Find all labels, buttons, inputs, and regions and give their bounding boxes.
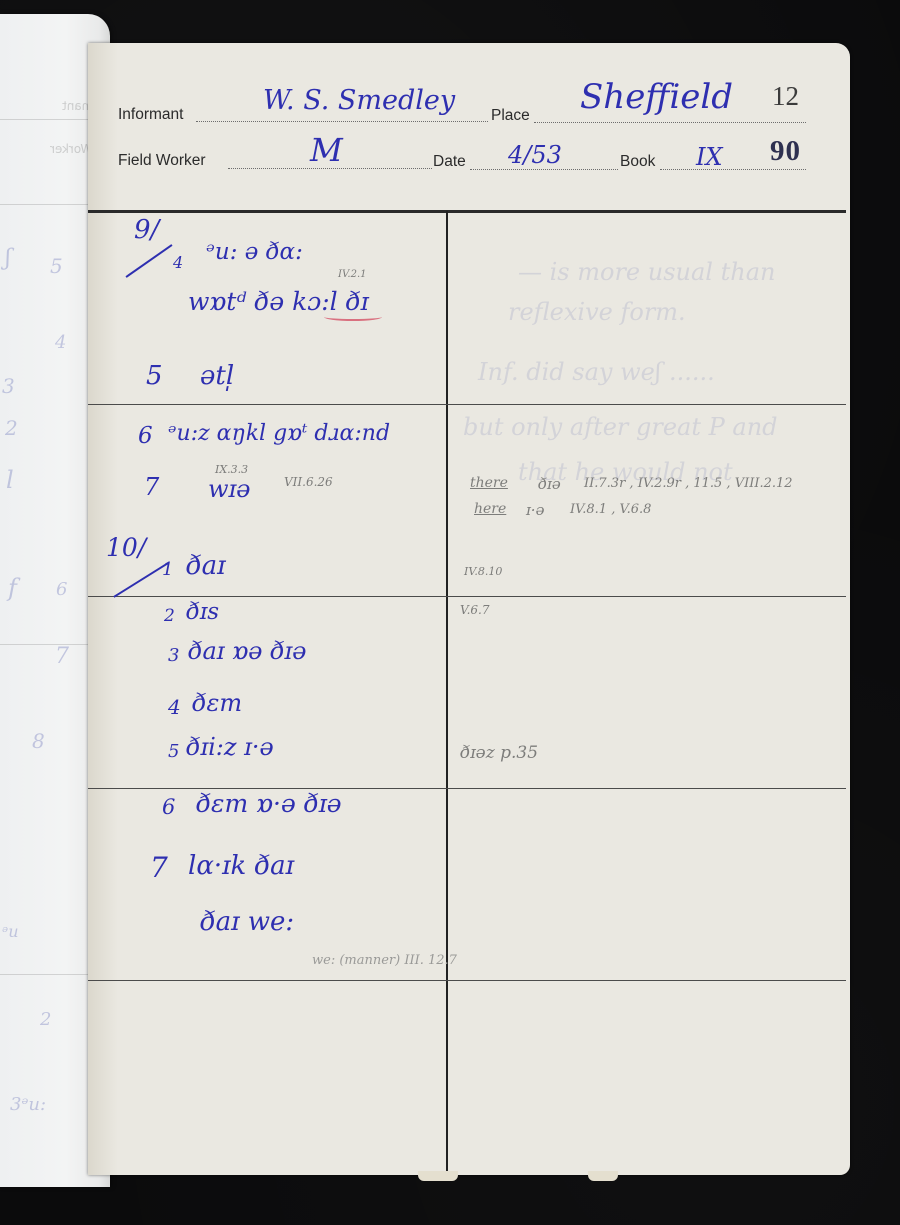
entry-text: ətl̩ bbox=[200, 361, 234, 391]
entry-number: 4 bbox=[168, 695, 181, 719]
show-through-text: Inf. did say weʃ ...... bbox=[478, 358, 715, 386]
prev-page-ghost: 2 bbox=[40, 1009, 51, 1030]
informant-value: W. S. Smedley bbox=[263, 85, 455, 116]
entry-text: ᵊu:z ɑŋkl gɒᵗ dɹɑ:nd bbox=[168, 421, 390, 446]
record-card: — is more usual than reflexive form. Inf… bbox=[88, 43, 850, 1175]
entry-number: 5 bbox=[168, 741, 179, 762]
row-rule bbox=[88, 404, 846, 405]
place-label: Place bbox=[491, 107, 530, 125]
note-reference-10-1: IV.8.10 bbox=[464, 565, 502, 578]
entry-number: 5 bbox=[146, 361, 163, 391]
informant-dotted-line bbox=[196, 121, 488, 122]
book-label: Book bbox=[620, 153, 655, 171]
entry-text: ðɛm ɒ·ə ðɪə bbox=[196, 789, 342, 818]
show-through-text: reflexive form. bbox=[508, 298, 686, 326]
entry-text: ðɛm bbox=[192, 689, 242, 717]
red-underline bbox=[324, 313, 382, 321]
field-worker-label: Field Worker bbox=[118, 152, 206, 170]
entry-text: ðɪi:z ɪ·ə bbox=[186, 733, 274, 761]
prev-page-ghost: ᵊu bbox=[2, 922, 19, 941]
prev-page-ghost: ʃ bbox=[5, 246, 11, 271]
prev-page-ghost: 4 bbox=[55, 332, 66, 353]
entry-text: ðɪs bbox=[186, 599, 219, 625]
informant-label: Informant bbox=[118, 106, 183, 124]
entry-number: 7 bbox=[144, 473, 159, 501]
pencil-reference: VII.6.26 bbox=[284, 475, 333, 489]
locality-number: 12 bbox=[772, 81, 799, 112]
entry-text: ᵊu: ə ðɑ: bbox=[206, 239, 303, 265]
row-rule bbox=[88, 980, 846, 981]
torn-edge bbox=[418, 1171, 458, 1181]
entry-number: 2 bbox=[164, 606, 175, 626]
note-phonetic: ɪ·ə bbox=[526, 501, 544, 519]
entry-number: 6 bbox=[162, 795, 175, 819]
book-dotted-line bbox=[660, 169, 806, 170]
page-number: 90 bbox=[770, 135, 801, 168]
entry-text: ðaɪ bbox=[186, 551, 225, 581]
entry-number: 3 bbox=[168, 645, 179, 666]
prev-page-ghost: 2 bbox=[5, 416, 18, 440]
entry-number: 1 bbox=[162, 559, 173, 580]
prev-page-ghost: 8 bbox=[32, 729, 45, 753]
show-through-text: — is more usual than bbox=[518, 258, 775, 286]
prev-page-ghost: 5 bbox=[50, 254, 63, 278]
prev-page-ghost: 3 bbox=[2, 374, 15, 398]
header-divider bbox=[88, 210, 846, 213]
show-through-text: but only after great P and bbox=[463, 413, 778, 441]
date-label: Date bbox=[433, 153, 466, 171]
note-phonetic: ðɪə bbox=[538, 475, 561, 493]
prev-page-ghost: l bbox=[6, 466, 14, 494]
note-reference-10-2: V.6.7 bbox=[460, 603, 489, 617]
section-marker-10: 10/ bbox=[106, 533, 146, 562]
footnote-reference: we: (manner) III. 12.7 bbox=[312, 953, 457, 968]
entry-text: ðaɪ ɒə ðɪə bbox=[188, 637, 306, 665]
prev-page-ghost: 7 bbox=[55, 644, 69, 669]
column-divider bbox=[446, 211, 448, 1173]
entry-number: 7 bbox=[150, 851, 168, 884]
prev-page-ghost: 3ᵊu: bbox=[10, 1094, 46, 1115]
place-dotted-line bbox=[534, 122, 806, 123]
note-references: II.7.3r , IV.2.9r , 11.5 , VIII.2.12 bbox=[584, 476, 793, 491]
section-slash bbox=[113, 562, 168, 598]
entry-text: lɑ·ɪk ðaɪ bbox=[188, 851, 294, 881]
entry-text: wɪə bbox=[208, 475, 250, 503]
book-value: IX bbox=[696, 143, 723, 171]
date-dotted-line bbox=[470, 169, 618, 170]
note-references: IV.8.1 , V.6.8 bbox=[570, 502, 651, 517]
entry-number: 4 bbox=[173, 253, 183, 272]
note-word-here: here bbox=[474, 501, 506, 517]
card-shadow bbox=[88, 43, 118, 1175]
entry-continuation: ðaɪ we: bbox=[200, 907, 294, 937]
row-rule bbox=[88, 596, 846, 597]
note-word-there: there bbox=[470, 475, 508, 491]
entry-number: 6 bbox=[138, 423, 153, 449]
section-slash bbox=[125, 244, 172, 278]
note-reference-10-5: ðɪəz p.35 bbox=[460, 743, 538, 763]
section-marker-9: 9/ bbox=[134, 215, 159, 245]
place-value: Sheffield bbox=[580, 77, 733, 117]
field-worker-value: M bbox=[310, 131, 343, 169]
prev-page-ghost: f bbox=[8, 574, 17, 602]
torn-edge bbox=[588, 1171, 618, 1181]
pencil-reference: IV.2.1 bbox=[338, 269, 367, 280]
date-value: 4/53 bbox=[508, 141, 562, 169]
entry-text: wɒtᵈ ðə kɔ:l ðɪ bbox=[188, 287, 369, 316]
prev-page-label: Worker bbox=[50, 142, 92, 156]
prev-page-ghost: 6 bbox=[56, 579, 67, 600]
